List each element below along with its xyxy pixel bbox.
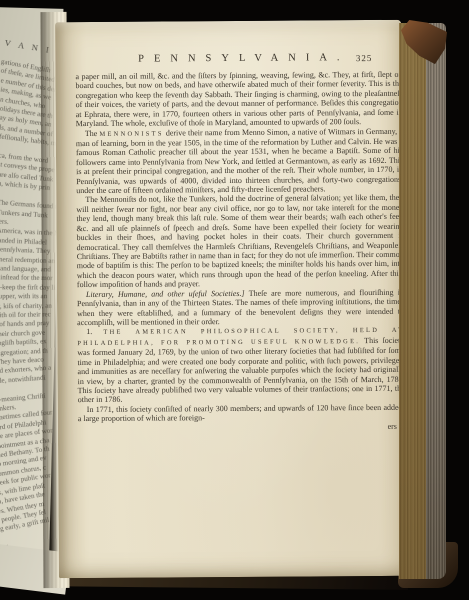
page-header: PENNSYLVANIA. 325 <box>75 52 402 68</box>
body-text: In 1771, this ſociety conſiſted of nearl… <box>78 403 405 424</box>
paragraph: 1. The American Philosophical Society, h… <box>77 325 405 405</box>
page-number: 325 <box>356 53 373 63</box>
small-caps-text: Mennonists <box>99 130 163 137</box>
book-photo: V A N I . gations of Engliſhof theſe, ar… <box>0 0 469 600</box>
body-text: The Mennoniſts do not, like the Tunkers,… <box>76 193 404 289</box>
body-text: The <box>85 128 100 137</box>
running-title: PENNSYLVANIA. <box>75 52 402 65</box>
fore-edge-pages <box>399 23 426 579</box>
paragraphs: a paper mill, an oil mill, &c. and the ſ… <box>75 70 404 424</box>
body-text: 1. <box>86 327 103 336</box>
fore-edge-shaded-band <box>426 23 446 579</box>
right-page: PENNSYLVANIA. 325 a paper mill, an oil m… <box>55 20 405 578</box>
body-text: a paper mill, an oil mill, &c. and the ſ… <box>75 70 402 128</box>
paragraph: The Mennoniſts do not, like the Tunkers,… <box>76 193 404 289</box>
fore-edge <box>399 23 446 579</box>
text-block: a paper mill, an oil mill, &c. and the ſ… <box>75 70 405 433</box>
paragraph: In 1771, this ſociety conſiſted of nearl… <box>78 403 405 424</box>
paragraph: The Mennonists derive their name from Me… <box>76 126 403 195</box>
small-caps-text: The American Philosophical Society, held… <box>77 327 404 347</box>
paragraph: a paper mill, an oil mill, &c. and the ſ… <box>75 70 402 129</box>
paragraph: Literary, Humane, and other uſeful Socie… <box>77 287 404 327</box>
